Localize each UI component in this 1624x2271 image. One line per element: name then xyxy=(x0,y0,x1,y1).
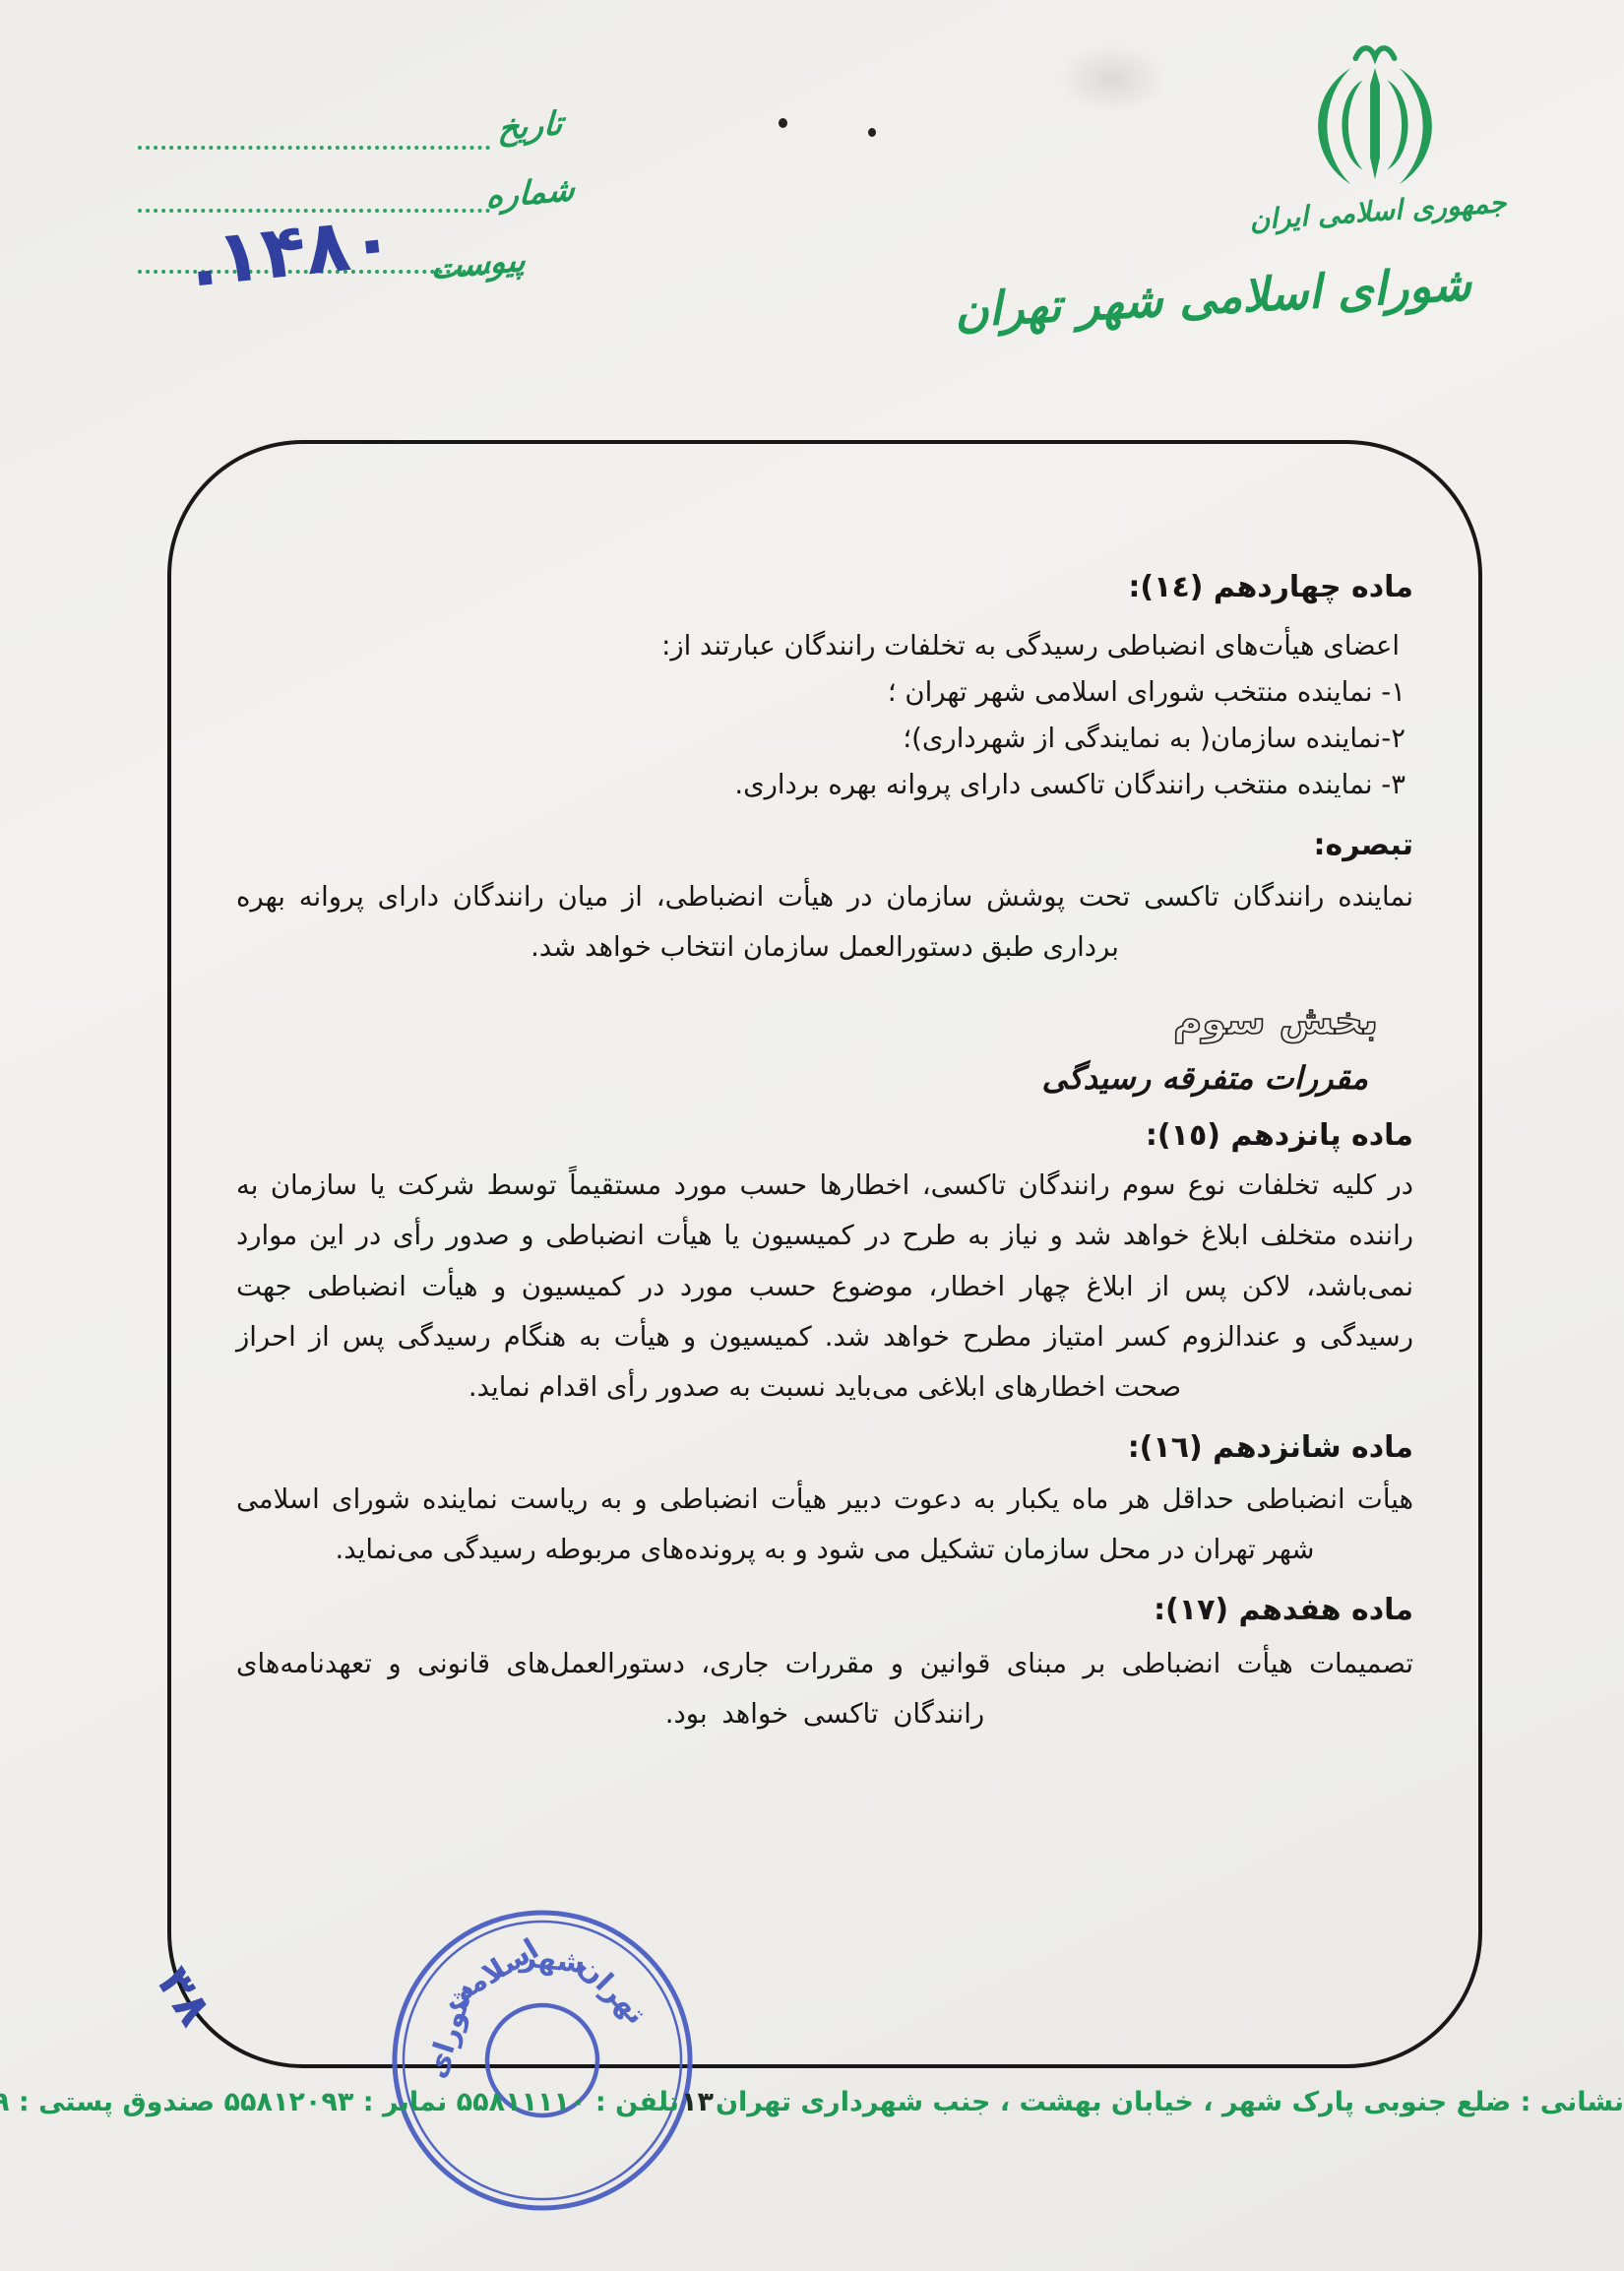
note-heading: تبصره: xyxy=(236,828,1413,862)
section-3-title: مقررات متفرقه رسیدگی xyxy=(236,1059,1413,1097)
footer-contact: تلفن : ۵۵۸۱۱۱۱۰ نمابر : ۵۵۸۱۲۰۹۳ صندوق پ… xyxy=(0,2087,679,2117)
council-round-stamp: شورای اسلامی شهر تهران xyxy=(365,1883,718,2237)
number-field-label: شماره xyxy=(485,169,576,216)
council-title: شورای اسلامی شهر تهران xyxy=(959,257,1472,338)
article-15-paragraph: در کلیه تخلفات نوع سوم رانندگان تاکسی، ا… xyxy=(236,1161,1413,1413)
footer-district-number: ۱۳ xyxy=(679,2087,716,2117)
scan-artifact-smudge xyxy=(1058,44,1166,113)
attachment-field-label: پیوست xyxy=(430,240,527,287)
footer-address-line: نشانی : ضلع جنوبی پارک شهر ، خیابان بهشت… xyxy=(0,2087,1624,2117)
article-17-paragraph: تصمیمات هیأت انضباطی بر مبنای قوانین و م… xyxy=(236,1639,1413,1739)
scan-artifact-dot xyxy=(779,118,787,128)
date-field-label: تاریخ xyxy=(497,103,563,148)
list-item: ۲-نماینده سازمان( به نمایندگی از شهرداری… xyxy=(236,723,1413,754)
section-3-kicker: بخش سوم xyxy=(236,998,1413,1043)
scanned-letterhead-page: تاریخ شماره پیوست ۱۴۸۰. جمهوری اسلامی ای… xyxy=(0,0,1624,2271)
document-border-frame: ماده چهاردهم (١٤): اعضای هیأت‌های انضباط… xyxy=(167,440,1482,2068)
date-dotted-line xyxy=(138,146,490,150)
article-16-heading: ماده شانزدهم (١٦): xyxy=(236,1430,1413,1465)
article-16-paragraph: هیأت انضباطی حداقل هر ماه یکبار به دعوت … xyxy=(236,1475,1413,1575)
article-14-intro: اعضای هیأت‌های انضباطی رسیدگی به تخلفات … xyxy=(236,630,1413,662)
article-15-heading: ماده پانزدهم (١٥): xyxy=(236,1118,1413,1153)
iran-emblem-icon xyxy=(1301,41,1449,199)
scan-artifact-dot xyxy=(868,128,876,137)
footer-address: نشانی : ضلع جنوبی پارک شهر ، خیابان بهشت… xyxy=(716,2087,1624,2117)
article-17-heading: ماده هفدهم (١٧): xyxy=(236,1593,1413,1627)
handwritten-attachment-number: ۱۴۸۰. xyxy=(185,198,399,303)
note-paragraph: نماینده رانندگان تاکسی تحت پوشش سازمان د… xyxy=(236,872,1413,973)
article-14-heading: ماده چهاردهم (١٤): xyxy=(236,570,1413,604)
list-item: ۳- نماینده منتخب رانندگان تاکسی دارای پر… xyxy=(236,769,1413,800)
list-item: ۱- نماینده منتخب شورای اسلامی شهر تهران … xyxy=(236,676,1413,708)
